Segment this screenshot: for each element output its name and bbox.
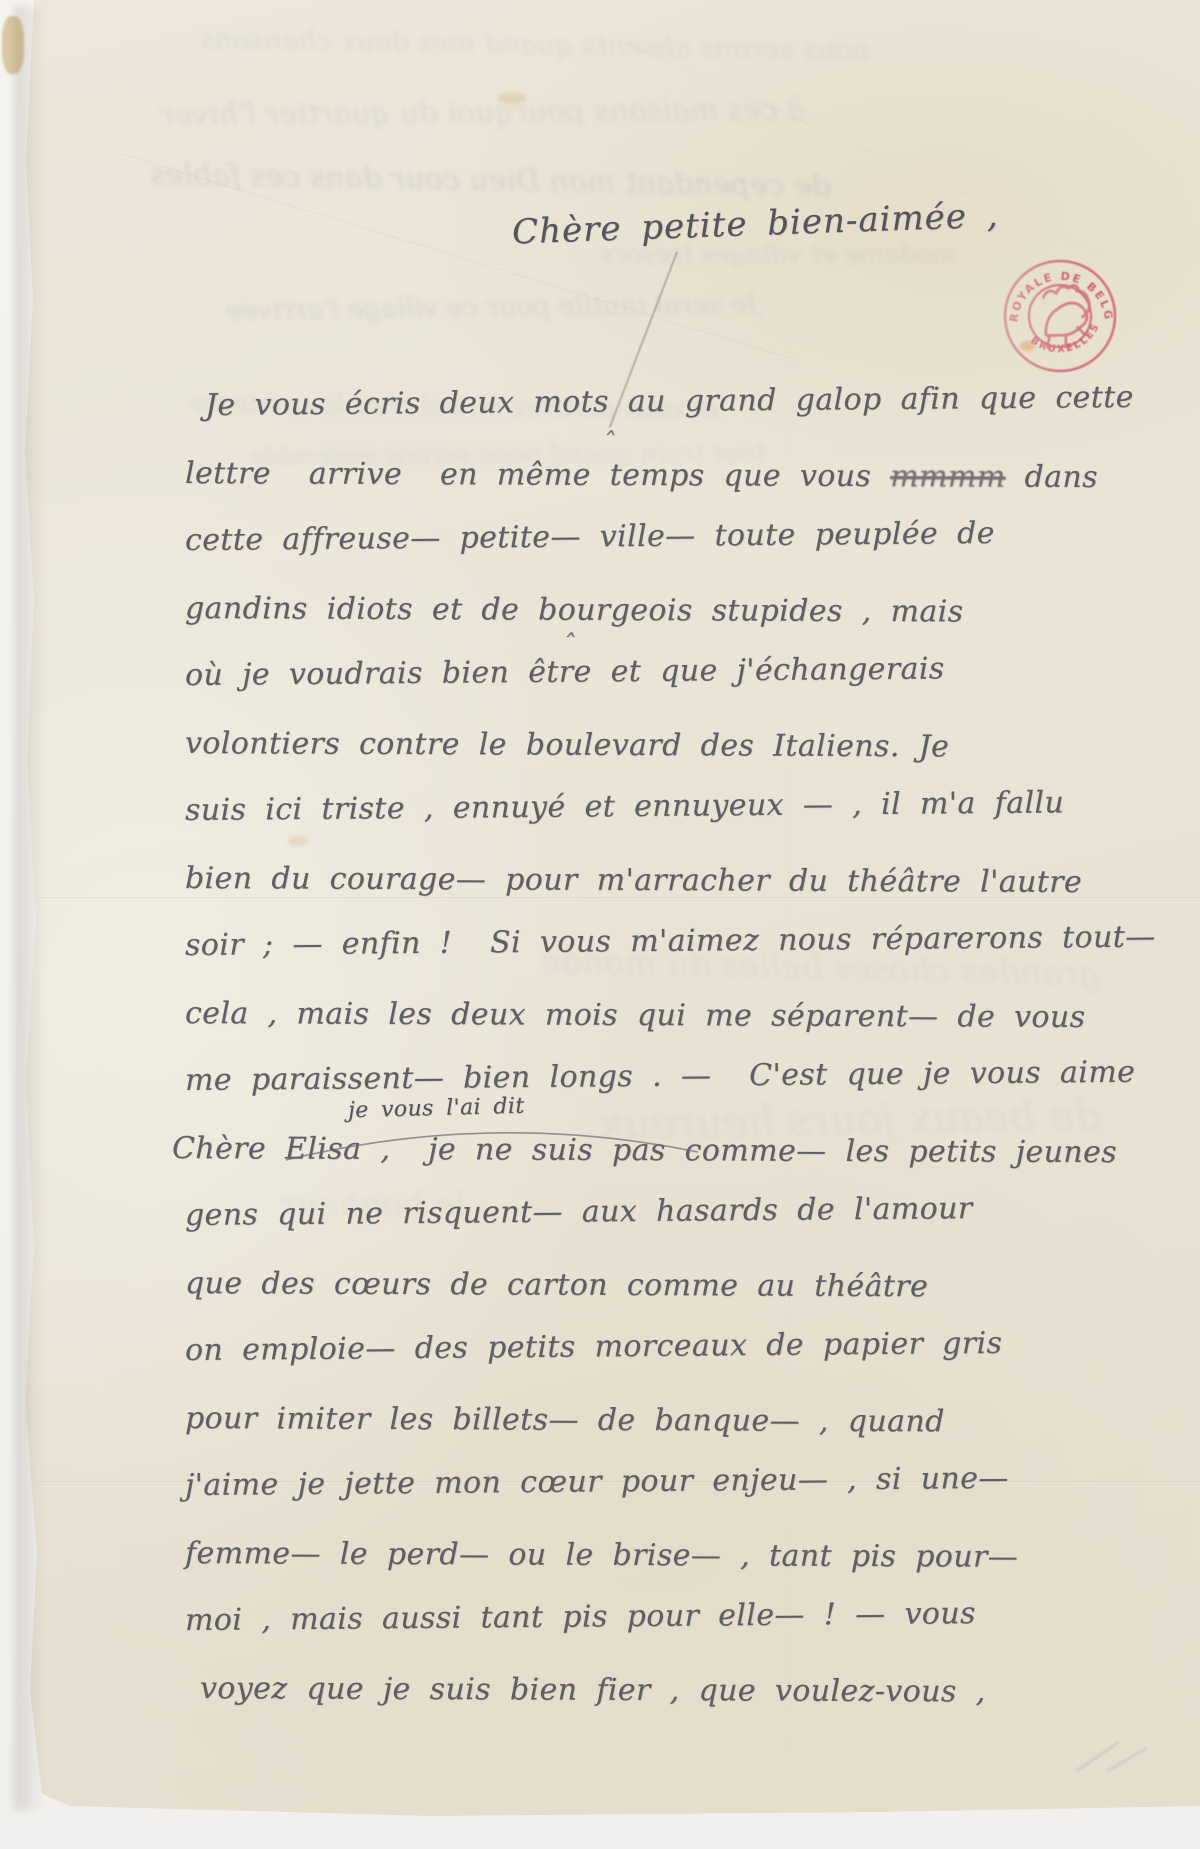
letter-line: volontiers contre le boulevard des Itali… (185, 726, 949, 764)
line-text: dans (1005, 460, 1097, 495)
paper-edge-shadow (14, 6, 44, 1810)
library-stamp: ROYALE DE BELGIQUE BRUXELLES (973, 229, 1147, 403)
letter-line: cela , mais les deux mois qui me séparen… (185, 996, 1086, 1035)
scribbled-word: mmmm (890, 459, 1006, 495)
letter-line: pour imiter les billets— de banque— , qu… (185, 1401, 945, 1439)
caret-mark: ˆ (562, 630, 575, 660)
scanned-letter-page: { "letter": { "salutation": "Chère petit… (0, 0, 1200, 1849)
letter-line: moi , mais aussi tant pis pour elle— ! —… (185, 1596, 976, 1638)
letter-line: cette affreuse— petite— ville— toute peu… (185, 516, 995, 558)
letter-line: voyez que je suis bien fier , que voulez… (200, 1671, 986, 1709)
letter-line: lettre arrive en même temps que vous mmm… (185, 456, 1098, 495)
caret-mark: ˆ (602, 428, 615, 458)
insertion-arc (278, 1108, 708, 1170)
bleedthrough-line: à ces maisons pourquoi du quartier l'hiv… (160, 92, 805, 133)
letter-line: gandins idiots et de bourgeois stupides … (185, 591, 964, 629)
age-spot (288, 836, 308, 846)
letter-line: femme— le perd— ou le brise— , tant pis … (185, 1536, 1018, 1575)
line-text: lettre arrive en même temps que vous (185, 456, 890, 494)
letter-line: bien du courage— pour m'arracher du théâ… (185, 861, 1082, 900)
letter-line: j'aime je jette mon cœur pour enjeu— , s… (185, 1461, 1009, 1503)
letter-line: gens qui ne risquent— aux hasards de l'a… (185, 1191, 973, 1233)
letter-line: que des cœurs de carton comme au théâtre (185, 1266, 928, 1304)
letter-line: on emploie— des petits morceaux de papie… (185, 1326, 1003, 1368)
